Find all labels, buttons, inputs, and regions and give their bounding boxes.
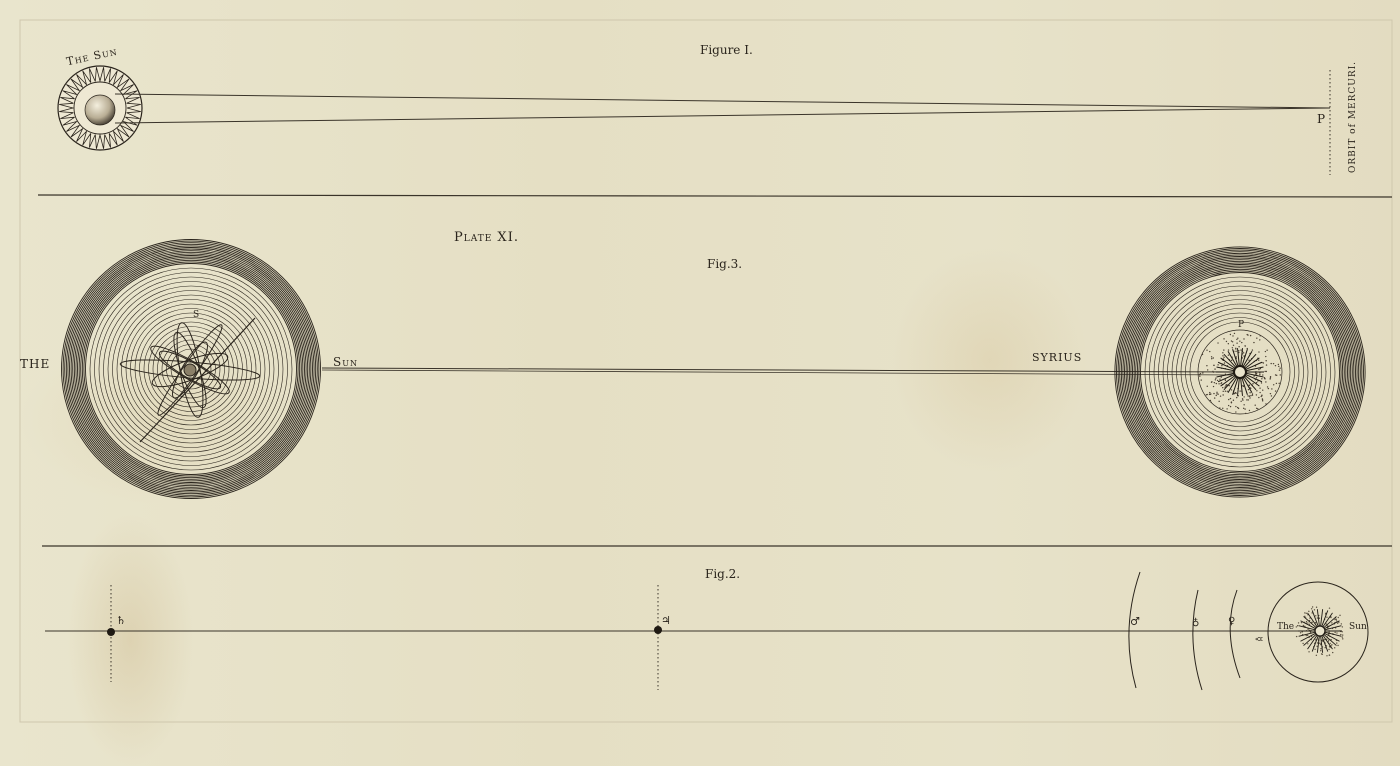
saturn-dot	[107, 628, 115, 636]
figure2-the-label: The	[1277, 622, 1294, 632]
engraved-plate: Figure I. The Sun P ORBIT of MERCURI. Pl…	[0, 0, 1400, 766]
figure3-sun-label: Sun	[333, 355, 358, 369]
figure1-point-label: P	[1317, 112, 1325, 126]
mars-symbol: ♂	[1130, 615, 1140, 628]
mercury-orbit-label: ORBIT of MERCURI.	[1348, 63, 1358, 173]
venus-orbit	[1230, 590, 1240, 678]
figure2-sun-label: Sun	[1349, 622, 1367, 632]
mercury-symbol: ☿	[1253, 636, 1263, 642]
figure2-label: Fig.2.	[705, 567, 740, 581]
plate-title: Plate XI.	[454, 230, 519, 245]
figure3-p-label: P	[1238, 320, 1244, 330]
venus-symbol: ♀	[1228, 616, 1235, 627]
syrius-label: SYRIUS	[1032, 351, 1082, 364]
figure1-label: Figure I.	[700, 43, 753, 57]
figure3-sun-system	[62, 240, 321, 499]
figure3-label: Fig.3.	[707, 257, 742, 271]
jupiter-dot	[654, 626, 662, 634]
divider-top	[38, 195, 1392, 197]
plate-border	[20, 20, 1392, 722]
mars-orbit	[1129, 572, 1140, 688]
saturn-symbol: ♄	[116, 614, 126, 627]
figure3-s-label: S	[193, 310, 199, 320]
figure1-sun	[58, 66, 142, 150]
earth-orbit	[1193, 590, 1202, 690]
jupiter-symbol: ♃	[661, 614, 671, 627]
plate-engraving	[0, 0, 1400, 766]
earth-symbol: ♁	[1192, 617, 1199, 628]
figure3-the-label: THE	[20, 357, 50, 371]
